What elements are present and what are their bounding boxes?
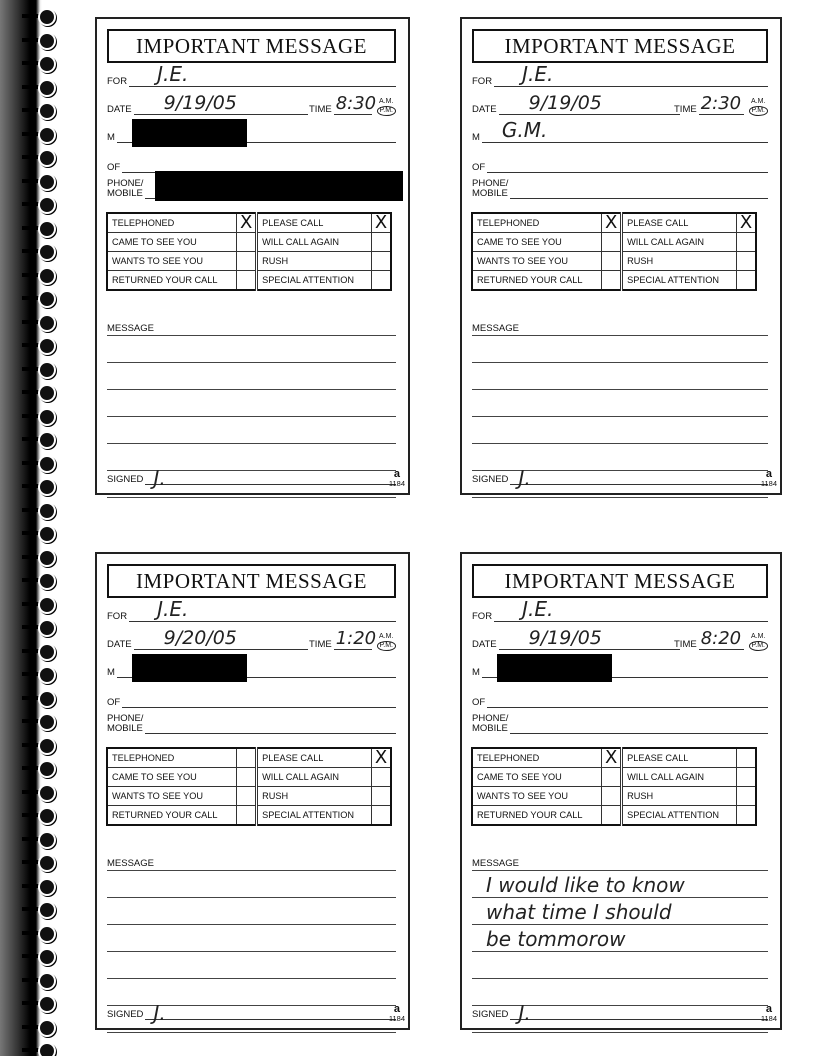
signed-label: SIGNED — [107, 474, 143, 485]
spiral-ring-icon — [22, 6, 52, 26]
phone-field: PHONE/MOBILE — [107, 710, 396, 734]
m-label: M — [107, 132, 115, 143]
date-label: DATE — [472, 104, 497, 115]
spiral-ring-icon — [22, 312, 52, 332]
slip-title: IMPORTANT MESSAGE — [107, 29, 396, 63]
checkbox[interactable]: X — [372, 213, 392, 233]
spiral-ring-icon — [22, 429, 52, 449]
form-code: a1184 — [761, 1005, 777, 1023]
spiral-ring-icon — [22, 476, 52, 496]
spiral-ring-icon — [22, 359, 52, 379]
spiral-ring-icon — [22, 970, 52, 990]
message-line: be tommorow — [472, 925, 768, 952]
for-label: FOR — [107, 611, 127, 622]
checkbox[interactable]: X — [602, 748, 622, 768]
checkbox[interactable] — [237, 806, 257, 826]
message-line — [107, 363, 396, 390]
date-field: DATE 9/20/05 — [107, 632, 308, 650]
of-label: OF — [107, 162, 120, 173]
time-label: TIME — [309, 639, 332, 650]
m-value: G.M. — [502, 118, 547, 142]
checkbox[interactable]: X — [237, 213, 257, 233]
signed-field: SIGNED J. — [472, 1004, 768, 1020]
message-line — [472, 336, 768, 363]
of-label: OF — [472, 162, 485, 173]
message-line — [107, 871, 396, 898]
for-field: FOR J.E. — [472, 604, 768, 622]
checklist-row: TELEPHONEDXPLEASE CALLX — [107, 213, 391, 233]
time-field: TIME 2:30 — [674, 97, 744, 115]
of-label: OF — [107, 697, 120, 708]
checklist-label: PLEASE CALL — [622, 213, 737, 233]
slip-title: IMPORTANT MESSAGE — [107, 564, 396, 598]
pm-circled: P.M. — [749, 106, 769, 116]
checklist-label: TELEPHONED — [107, 213, 237, 233]
phone-label: PHONE/MOBILE — [107, 714, 143, 734]
checklist-row: RETURNED YOUR CALLSPECIAL ATTENTION — [472, 271, 756, 291]
phone-label: PHONE/MOBILE — [472, 179, 508, 199]
form-code: a1184 — [761, 470, 777, 488]
spiral-ring-icon — [22, 406, 52, 426]
spiral-ring-icon — [22, 735, 52, 755]
message-line — [472, 363, 768, 390]
checklist-row: CAME TO SEE YOUWILL CALL AGAIN — [107, 768, 391, 787]
checklist-row: RETURNED YOUR CALLSPECIAL ATTENTION — [107, 271, 391, 291]
date-field: DATE 9/19/05 — [472, 632, 680, 650]
spiral-ring-icon — [22, 30, 52, 50]
spiral-ring-icon — [22, 77, 52, 97]
redaction-bar — [132, 654, 247, 682]
m-field: M G.M. — [472, 125, 768, 143]
checklist-row: TELEPHONEDXPLEASE CALL — [472, 748, 756, 768]
spiral-ring-icon — [22, 617, 52, 637]
checklist-row: CAME TO SEE YOUWILL CALL AGAIN — [472, 768, 756, 787]
message-slip: IMPORTANT MESSAGE FOR J.E. DATE 9/19/05 … — [460, 17, 782, 495]
spiral-ring-icon — [22, 758, 52, 778]
checkbox[interactable] — [372, 252, 392, 271]
time-label: TIME — [309, 104, 332, 115]
spiral-ring-icon — [22, 382, 52, 402]
message-line — [107, 898, 396, 925]
checkbox[interactable]: X — [737, 213, 757, 233]
time-value: 8:30 — [336, 93, 376, 114]
checklist-row: TELEPHONEDXPLEASE CALLX — [472, 213, 756, 233]
checklist-label: RUSH — [257, 252, 372, 271]
checklist-label: CAME TO SEE YOU — [472, 233, 602, 252]
checklist-label: TELEPHONED — [472, 213, 602, 233]
of-field: OF — [107, 692, 396, 708]
message-line: I would like to know — [472, 871, 768, 898]
checklist-table: TELEPHONEDXPLEASE CALLXCAME TO SEE YOUWI… — [106, 212, 392, 291]
checkbox[interactable] — [372, 768, 392, 787]
for-label: FOR — [472, 611, 492, 622]
checkbox[interactable] — [237, 252, 257, 271]
slip-title: IMPORTANT MESSAGE — [472, 564, 768, 598]
checklist-label: WANTS TO SEE YOU — [472, 252, 602, 271]
signed-value: J. — [518, 1001, 530, 1025]
checklist-label: WILL CALL AGAIN — [622, 233, 737, 252]
checklist-label: PLEASE CALL — [257, 748, 372, 768]
message-line — [472, 417, 768, 444]
checklist-table: TELEPHONEDXPLEASE CALLCAME TO SEE YOUWIL… — [471, 747, 757, 826]
checklist-label: WILL CALL AGAIN — [622, 768, 737, 787]
checkbox[interactable] — [737, 768, 757, 787]
spiral-ring-icon — [22, 53, 52, 73]
for-value: J.E. — [157, 597, 188, 621]
message-slip: IMPORTANT MESSAGE FOR J.E. DATE 9/19/05 … — [460, 552, 782, 1030]
of-label: OF — [472, 697, 485, 708]
spiral-ring-icon — [22, 523, 52, 543]
date-label: DATE — [107, 639, 132, 650]
signed-field: SIGNED J. — [472, 469, 768, 485]
checkbox[interactable] — [237, 787, 257, 806]
checkbox[interactable] — [602, 787, 622, 806]
date-value: 9/20/05 — [164, 627, 237, 649]
of-field: OF — [472, 692, 768, 708]
signed-field: SIGNED J. — [107, 469, 396, 485]
phone-label: PHONE/MOBILE — [107, 179, 143, 199]
spiral-ring-icon — [22, 923, 52, 943]
spiral-ring-icon — [22, 241, 52, 261]
message-line — [107, 390, 396, 417]
m-label: M — [107, 667, 115, 678]
signed-value: J. — [518, 466, 530, 490]
signed-value: J. — [153, 1001, 165, 1025]
m-label: M — [472, 132, 480, 143]
checklist-label: WANTS TO SEE YOU — [107, 787, 237, 806]
checklist-row: WANTS TO SEE YOURUSH — [472, 252, 756, 271]
time-value: 2:30 — [701, 93, 741, 114]
message-text: be tommorow — [486, 927, 625, 951]
phone-label: PHONE/MOBILE — [472, 714, 508, 734]
spiral-ring-icon — [22, 899, 52, 919]
for-value: J.E. — [522, 62, 553, 86]
am-pm-indicator: A.M. P.M. — [749, 633, 769, 651]
spiral-ring-icon — [22, 147, 52, 167]
for-field: FOR J.E. — [107, 604, 396, 622]
checkbox[interactable] — [602, 271, 622, 291]
message-label: MESSAGE — [472, 858, 521, 869]
time-label: TIME — [674, 104, 697, 115]
spiral-ring-icon — [22, 688, 52, 708]
spiral-ring-icon — [22, 852, 52, 872]
for-field: FOR J.E. — [107, 69, 396, 87]
message-line — [107, 336, 396, 363]
signed-label: SIGNED — [107, 1009, 143, 1020]
checkbox[interactable] — [737, 271, 757, 291]
checkbox[interactable] — [237, 748, 257, 768]
checkbox[interactable] — [737, 806, 757, 826]
checkbox[interactable] — [737, 233, 757, 252]
spiral-ring-icon — [22, 218, 52, 238]
checklist-label: WANTS TO SEE YOU — [472, 787, 602, 806]
spiral-ring-icon — [22, 641, 52, 661]
time-field: TIME 8:20 — [674, 632, 744, 650]
time-field: TIME 8:30 — [309, 97, 372, 115]
checkbox[interactable] — [602, 806, 622, 826]
redaction-bar — [497, 654, 612, 682]
spiral-ring-icon — [22, 100, 52, 120]
slip-title: IMPORTANT MESSAGE — [472, 29, 768, 63]
checkbox[interactable] — [372, 233, 392, 252]
message-line — [472, 390, 768, 417]
spiral-ring-icon — [22, 993, 52, 1013]
date-label: DATE — [107, 104, 132, 115]
time-value: 8:20 — [701, 628, 741, 649]
checklist-label: RETURNED YOUR CALL — [107, 271, 237, 291]
spiral-ring-icon — [22, 194, 52, 214]
form-code: a1184 — [389, 1005, 405, 1023]
checklist-label: SPECIAL ATTENTION — [257, 806, 372, 826]
checkbox[interactable] — [237, 768, 257, 787]
checkbox[interactable] — [602, 233, 622, 252]
date-field: DATE 9/19/05 — [472, 97, 680, 115]
checklist-row: WANTS TO SEE YOURUSH — [472, 787, 756, 806]
spiral-ring-icon — [22, 594, 52, 614]
message-line — [472, 444, 768, 471]
for-value: J.E. — [157, 62, 188, 86]
checklist-row: WANTS TO SEE YOURUSH — [107, 252, 391, 271]
checklist-label: SPECIAL ATTENTION — [622, 806, 737, 826]
message-slip: IMPORTANT MESSAGE FOR J.E. DATE 9/20/05 … — [95, 552, 410, 1030]
message-line — [107, 417, 396, 444]
spiral-ring-icon — [22, 876, 52, 896]
signed-field: SIGNED J. — [107, 1004, 396, 1020]
signed-label: SIGNED — [472, 474, 508, 485]
pm-circled: P.M. — [377, 641, 397, 651]
message-label: MESSAGE — [472, 323, 521, 334]
checkbox[interactable] — [237, 233, 257, 252]
date-label: DATE — [472, 639, 497, 650]
checkbox[interactable] — [737, 787, 757, 806]
message-line — [107, 979, 396, 1006]
checklist-row: TELEPHONEDPLEASE CALLX — [107, 748, 391, 768]
checkbox[interactable] — [737, 748, 757, 768]
redaction-bar — [155, 171, 403, 201]
checklist-label: SPECIAL ATTENTION — [257, 271, 372, 291]
pm-circled: P.M. — [749, 641, 769, 651]
checklist-table: TELEPHONEDPLEASE CALLXCAME TO SEE YOUWIL… — [106, 747, 392, 826]
message-text: what time I should — [486, 900, 672, 924]
for-label: FOR — [472, 76, 492, 87]
message-slip: IMPORTANT MESSAGE FOR J.E. DATE 9/19/05 … — [95, 17, 410, 495]
checkbox[interactable]: X — [372, 748, 392, 768]
spiral-ring-icon — [22, 570, 52, 590]
am-pm-indicator: A.M. P.M. — [377, 98, 397, 116]
signed-value: J. — [153, 466, 165, 490]
checklist-label: RUSH — [257, 787, 372, 806]
pm-circled: P.M. — [377, 106, 397, 116]
time-value: 1:20 — [336, 628, 376, 649]
of-field: OF — [472, 157, 768, 173]
date-value: 9/19/05 — [529, 92, 602, 114]
checklist-label: WILL CALL AGAIN — [257, 768, 372, 787]
checkbox[interactable]: X — [602, 213, 622, 233]
message-line — [472, 952, 768, 979]
date-field: DATE 9/19/05 — [107, 97, 308, 115]
spiral-ring-icon — [22, 500, 52, 520]
spiral-ring-icon — [22, 782, 52, 802]
checkbox[interactable] — [737, 252, 757, 271]
m-label: M — [472, 667, 480, 678]
redaction-bar — [132, 119, 247, 147]
checklist-table: TELEPHONEDXPLEASE CALLXCAME TO SEE YOUWI… — [471, 212, 757, 291]
spiral-ring-icon — [22, 453, 52, 473]
message-line: what time I should — [472, 898, 768, 925]
signed-label: SIGNED — [472, 1009, 508, 1020]
time-field: TIME 1:20 — [309, 632, 372, 650]
date-value: 9/19/05 — [164, 92, 237, 114]
message-label: MESSAGE — [107, 323, 156, 334]
checklist-label: TELEPHONED — [107, 748, 237, 768]
checkbox[interactable] — [602, 768, 622, 787]
checklist-label: RUSH — [622, 252, 737, 271]
spiral-ring-icon — [22, 805, 52, 825]
message-text: I would like to know — [486, 873, 685, 897]
checklist-label: WILL CALL AGAIN — [257, 233, 372, 252]
am-pm-indicator: A.M. P.M. — [377, 633, 397, 651]
checklist-label: RETURNED YOUR CALL — [472, 806, 602, 826]
time-label: TIME — [674, 639, 697, 650]
checkbox[interactable] — [372, 787, 392, 806]
phone-field: PHONE/MOBILE — [472, 175, 768, 199]
checklist-label: TELEPHONED — [472, 748, 602, 768]
phone-field: PHONE/MOBILE — [472, 710, 768, 734]
for-value: J.E. — [522, 597, 553, 621]
checklist-row: CAME TO SEE YOUWILL CALL AGAIN — [472, 233, 756, 252]
checklist-label: SPECIAL ATTENTION — [622, 271, 737, 291]
spiral-ring-icon — [22, 1017, 52, 1037]
message-label: MESSAGE — [107, 858, 156, 869]
checklist-label: WANTS TO SEE YOU — [107, 252, 237, 271]
date-value: 9/19/05 — [529, 627, 602, 649]
checklist-label: CAME TO SEE YOU — [107, 768, 237, 787]
checkbox[interactable] — [602, 252, 622, 271]
checklist-label: RETURNED YOUR CALL — [472, 271, 602, 291]
checklist-label: RETURNED YOUR CALL — [107, 806, 237, 826]
checklist-row: RETURNED YOUR CALLSPECIAL ATTENTION — [107, 806, 391, 826]
message-line — [472, 979, 768, 1006]
form-code: a1184 — [389, 470, 405, 488]
spiral-ring-icon — [22, 1040, 52, 1056]
checkbox[interactable] — [372, 806, 392, 826]
spiral-ring-icon — [22, 946, 52, 966]
checkbox[interactable] — [237, 271, 257, 291]
checklist-row: RETURNED YOUR CALLSPECIAL ATTENTION — [472, 806, 756, 826]
checklist-row: CAME TO SEE YOUWILL CALL AGAIN — [107, 233, 391, 252]
message-line — [107, 444, 396, 471]
for-field: FOR J.E. — [472, 69, 768, 87]
spiral-ring-icon — [22, 288, 52, 308]
spiral-ring-icon — [22, 124, 52, 144]
for-label: FOR — [107, 76, 127, 87]
spiral-ring-icon — [22, 664, 52, 684]
checklist-label: RUSH — [622, 787, 737, 806]
checklist-label: PLEASE CALL — [622, 748, 737, 768]
message-line — [107, 952, 396, 979]
message-line — [107, 925, 396, 952]
spiral-binding — [0, 0, 42, 1056]
checklist-row: WANTS TO SEE YOURUSH — [107, 787, 391, 806]
checklist-label: CAME TO SEE YOU — [107, 233, 237, 252]
spiral-ring-icon — [22, 547, 52, 567]
spiral-ring-icon — [22, 335, 52, 355]
spiral-ring-icon — [22, 711, 52, 731]
spiral-ring-icon — [22, 171, 52, 191]
checklist-label: CAME TO SEE YOU — [472, 768, 602, 787]
checkbox[interactable] — [372, 271, 392, 291]
checklist-label: PLEASE CALL — [257, 213, 372, 233]
spiral-ring-icon — [22, 265, 52, 285]
spiral-ring-icon — [22, 829, 52, 849]
am-pm-indicator: A.M. P.M. — [749, 98, 769, 116]
